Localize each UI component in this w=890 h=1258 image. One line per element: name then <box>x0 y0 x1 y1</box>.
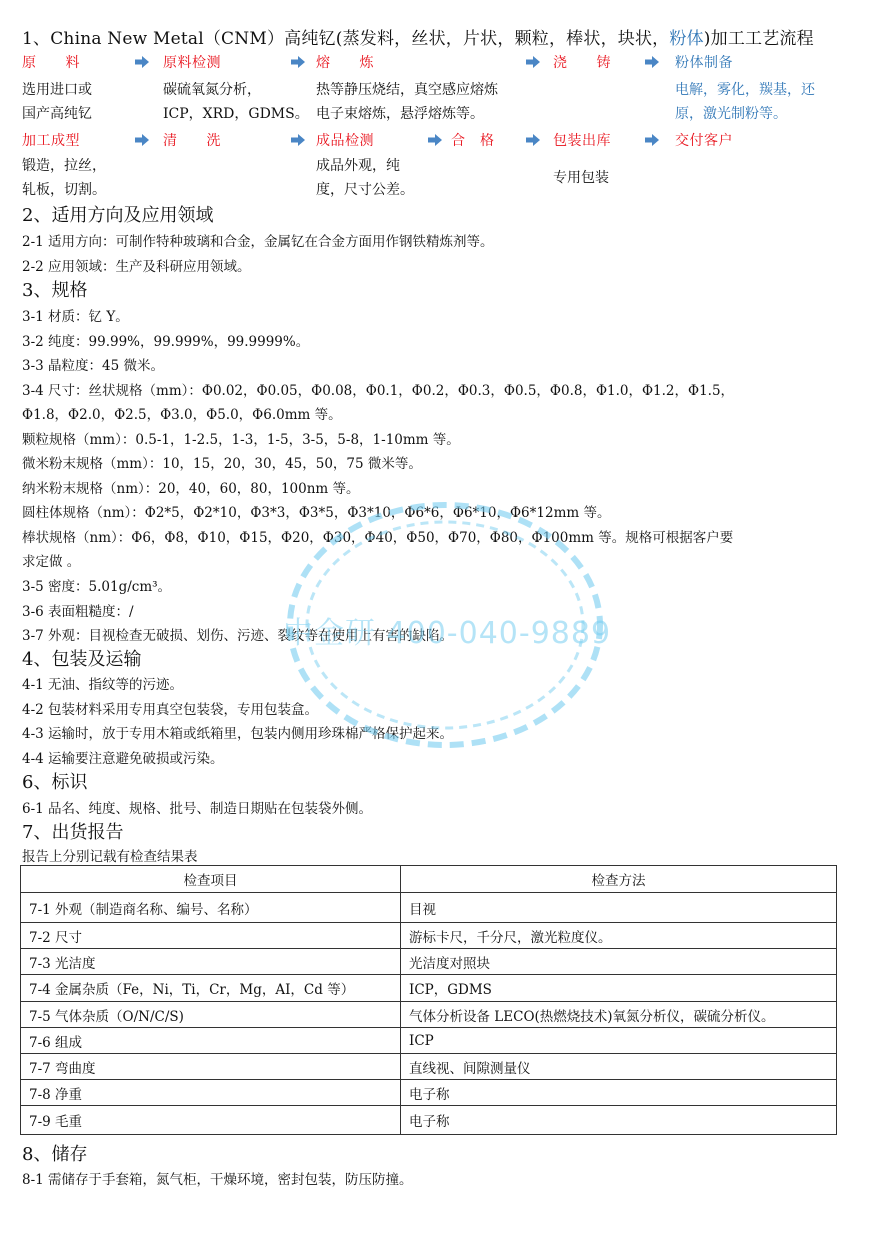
section-line: Φ1.8，Φ2.0，Φ2.5，Φ3.0，Φ5.0，Φ6.0mm 等。 <box>22 403 342 423</box>
table-cell-method: 目视 <box>401 893 837 923</box>
table-cell-item: 7-7 弯曲度 <box>21 1054 401 1080</box>
section-line: 3-4 尺寸：丝状规格（mm）：Φ0.02，Φ0.05，Φ0.08，Φ0.1，Φ… <box>22 379 734 399</box>
flow-step-material-inspection: 原料检测 <box>163 52 221 72</box>
table-row: 7-6 组成 ICP <box>21 1028 837 1054</box>
section-line: 纳米粉末规格（nm）：20，40，60，80，100nm 等。 <box>22 477 360 497</box>
section-line: 微米粉末规格（mm）：10，15，20，30，45，50，75 微米等。 <box>22 452 422 472</box>
flow-desc-forming-1: 锻造，拉丝， <box>22 154 106 178</box>
arrow-right-icon <box>135 56 149 68</box>
flow-desc-inspection-2: ICP，XRD，GDMS。 <box>163 102 309 126</box>
section-heading-applications: 2、适用方向及应用领域 <box>22 201 213 227</box>
table-row: 7-8 净重 电子称 <box>21 1080 837 1106</box>
table-cell-method: 游标卡尺，千分尺，激光粒度仪。 <box>401 923 837 949</box>
flow-desc-packaging: 专用包装 <box>553 166 609 190</box>
flow-desc-smelting-2: 电子束熔炼，悬浮熔炼等。 <box>316 102 484 126</box>
table-header-method: 检查方法 <box>401 866 837 893</box>
section-line: 3-1 材质：钇 Y。 <box>22 305 129 325</box>
section-line: 4-4 运输要注意避免破损或污染。 <box>22 747 224 767</box>
flow-desc-raw-material-2: 国产高纯钇 <box>22 102 92 126</box>
inspection-table: 检查项目 检查方法 7-1 外观（制造商名称、编号、名称） 目视 7-2 尺寸 … <box>20 865 837 1135</box>
section-line: 棒状规格（nm）：Φ6，Φ8，Φ10，Φ15，Φ20，Φ30，Φ40，Φ50，Φ… <box>22 526 733 546</box>
section-line: 4-2 包装材料采用专用真空包装袋，专用包装盒。 <box>22 698 318 718</box>
section-line: 圆柱体规格（nm）：Φ2*5，Φ2*10，Φ3*3，Φ3*5，Φ3*10，Φ6*… <box>22 501 610 521</box>
section-line: 2-1 适用方向：可制作特种玻璃和合金，金属钇在合金方面用作钢铁精炼剂等。 <box>22 230 494 250</box>
table-cell-method: 电子称 <box>401 1080 837 1106</box>
table-cell-method: 电子称 <box>401 1106 837 1135</box>
table-row: 7-4 金属杂质（Fe，Ni，Ti，Cr，Mg，AI，Cd 等） ICP，GDM… <box>21 975 837 1002</box>
table-cell-item: 7-9 毛重 <box>21 1106 401 1135</box>
arrow-right-icon <box>526 134 540 146</box>
flow-step-packaging: 包装出库 <box>553 130 611 150</box>
section-line: 3-6 表面粗糙度：/ <box>22 600 134 620</box>
arrow-right-icon <box>645 134 659 146</box>
table-cell-item: 7-8 净重 <box>21 1080 401 1106</box>
flow-desc-smelting-1: 热等静压烧结，真空感应熔炼 <box>316 78 498 102</box>
section-line: 颗粒规格（mm）：0.5-1，1-2.5，1-3，1-5，3-5，5-8，1-1… <box>22 428 460 448</box>
flow-desc-inspection-1: 碳硫氧氮分析， <box>163 78 261 102</box>
flow-step-delivery: 交付客户 <box>675 130 733 150</box>
table-cell-item: 7-4 金属杂质（Fe，Ni，Ti，Cr，Mg，AI，Cd 等） <box>21 975 401 1002</box>
table-cell-method: ICP <box>401 1028 837 1054</box>
section-line: 3-2 纯度：99.99%，99.999%，99.9999%。 <box>22 330 309 350</box>
section-line: 求定做 。 <box>22 550 80 570</box>
flow-desc-powder-2: 原，激光制粉等。 <box>675 102 787 126</box>
title-suffix: )加工工艺流程 <box>704 29 814 49</box>
report-intro: 报告上分别记载有检查结果表 <box>22 845 198 865</box>
flow-step-powder-prep: 粉体制备 <box>675 52 733 72</box>
flow-desc-raw-material-1: 选用进口或 <box>22 78 92 102</box>
table-header-row: 检查项目 检查方法 <box>21 866 837 893</box>
section-heading-specs: 3、规格 <box>22 276 87 302</box>
section-heading-storage: 8、储存 <box>22 1140 87 1166</box>
table-cell-method: 光洁度对照块 <box>401 949 837 975</box>
section-line: 3-3 晶粒度：45 微米。 <box>22 354 164 374</box>
flow-step-qualified: 合 格 <box>451 130 495 150</box>
table-cell-method: 气体分析设备 LECO(热燃烧技术)氧氮分析仪，碳硫分析仪。 <box>401 1002 837 1028</box>
table-cell-item: 7-5 气体杂质（O/N/C/S) <box>21 1002 401 1028</box>
section-line: 2-2 应用领域：生产及科研应用领域。 <box>22 255 251 275</box>
section-line: 3-5 密度：5.01g/cm³。 <box>22 575 171 595</box>
table-row: 7-9 毛重 电子称 <box>21 1106 837 1135</box>
flow-desc-forming-2: 轧板，切割。 <box>22 178 106 202</box>
section-line: 4-1 无油、指纹等的污迹。 <box>22 673 183 693</box>
table-row: 7-2 尺寸 游标卡尺，千分尺，激光粒度仪。 <box>21 923 837 949</box>
table-cell-method: 直线视、间隙测量仪 <box>401 1054 837 1080</box>
flow-step-forming: 加工成型 <box>22 130 80 150</box>
table-cell-method: ICP，GDMS <box>401 975 837 1002</box>
arrow-right-icon <box>645 56 659 68</box>
arrow-right-icon <box>291 56 305 68</box>
section-line: 8-1 需储存于手套箱，氮气柜，干燥环境，密封包装，防压防撞。 <box>22 1168 413 1188</box>
title-highlight: 粉体 <box>669 29 703 49</box>
title-prefix: 1、China New Metal（CNM）高纯钇(蒸发料，丝状，片状，颗粒，棒… <box>22 29 669 49</box>
flow-step-cleaning: 清 洗 <box>163 130 221 150</box>
table-cell-item: 7-6 组成 <box>21 1028 401 1054</box>
table-header-item: 检查项目 <box>21 866 401 893</box>
flow-desc-final-2: 度，尺寸公差。 <box>316 178 414 202</box>
flow-step-casting: 浇 铸 <box>553 52 611 72</box>
flow-step-final-inspection: 成品检测 <box>316 130 374 150</box>
arrow-right-icon <box>526 56 540 68</box>
flow-desc-final-1: 成品外观，纯 <box>316 154 400 178</box>
table-row: 7-1 外观（制造商名称、编号、名称） 目视 <box>21 893 837 923</box>
arrow-right-icon <box>428 134 442 146</box>
flow-desc-powder-1: 电解，雾化，羰基，还 <box>675 78 815 102</box>
table-row: 7-5 气体杂质（O/N/C/S) 气体分析设备 LECO(热燃烧技术)氧氮分析… <box>21 1002 837 1028</box>
table-row: 7-7 弯曲度 直线视、间隙测量仪 <box>21 1054 837 1080</box>
section-line: 6-1 品名、纯度、规格、批号、制造日期贴在包装袋外侧。 <box>22 797 372 817</box>
arrow-right-icon <box>135 134 149 146</box>
section-heading-labeling: 6、标识 <box>22 768 87 794</box>
section-line: 3-7 外观：目视检查无破损、划伤、污迹、裂纹等在使用上有害的缺陷。 <box>22 624 453 644</box>
section-heading-shipping-report: 7、出货报告 <box>22 818 123 844</box>
table-cell-item: 7-3 光洁度 <box>21 949 401 975</box>
table-row: 7-3 光洁度 光洁度对照块 <box>21 949 837 975</box>
document-title: 1、China New Metal（CNM）高纯钇(蒸发料，丝状，片状，颗粒，棒… <box>22 24 814 49</box>
flow-step-smelting: 熔 炼 <box>316 52 374 72</box>
arrow-right-icon <box>291 134 305 146</box>
section-line: 4-3 运输时，放于专用木箱或纸箱里，包装内侧用珍珠棉严格保护起来。 <box>22 722 453 742</box>
section-heading-packaging: 4、包装及运输 <box>22 645 141 671</box>
table-cell-item: 7-1 外观（制造商名称、编号、名称） <box>21 893 401 923</box>
table-cell-item: 7-2 尺寸 <box>21 923 401 949</box>
flow-step-raw-material: 原 料 <box>22 52 80 72</box>
